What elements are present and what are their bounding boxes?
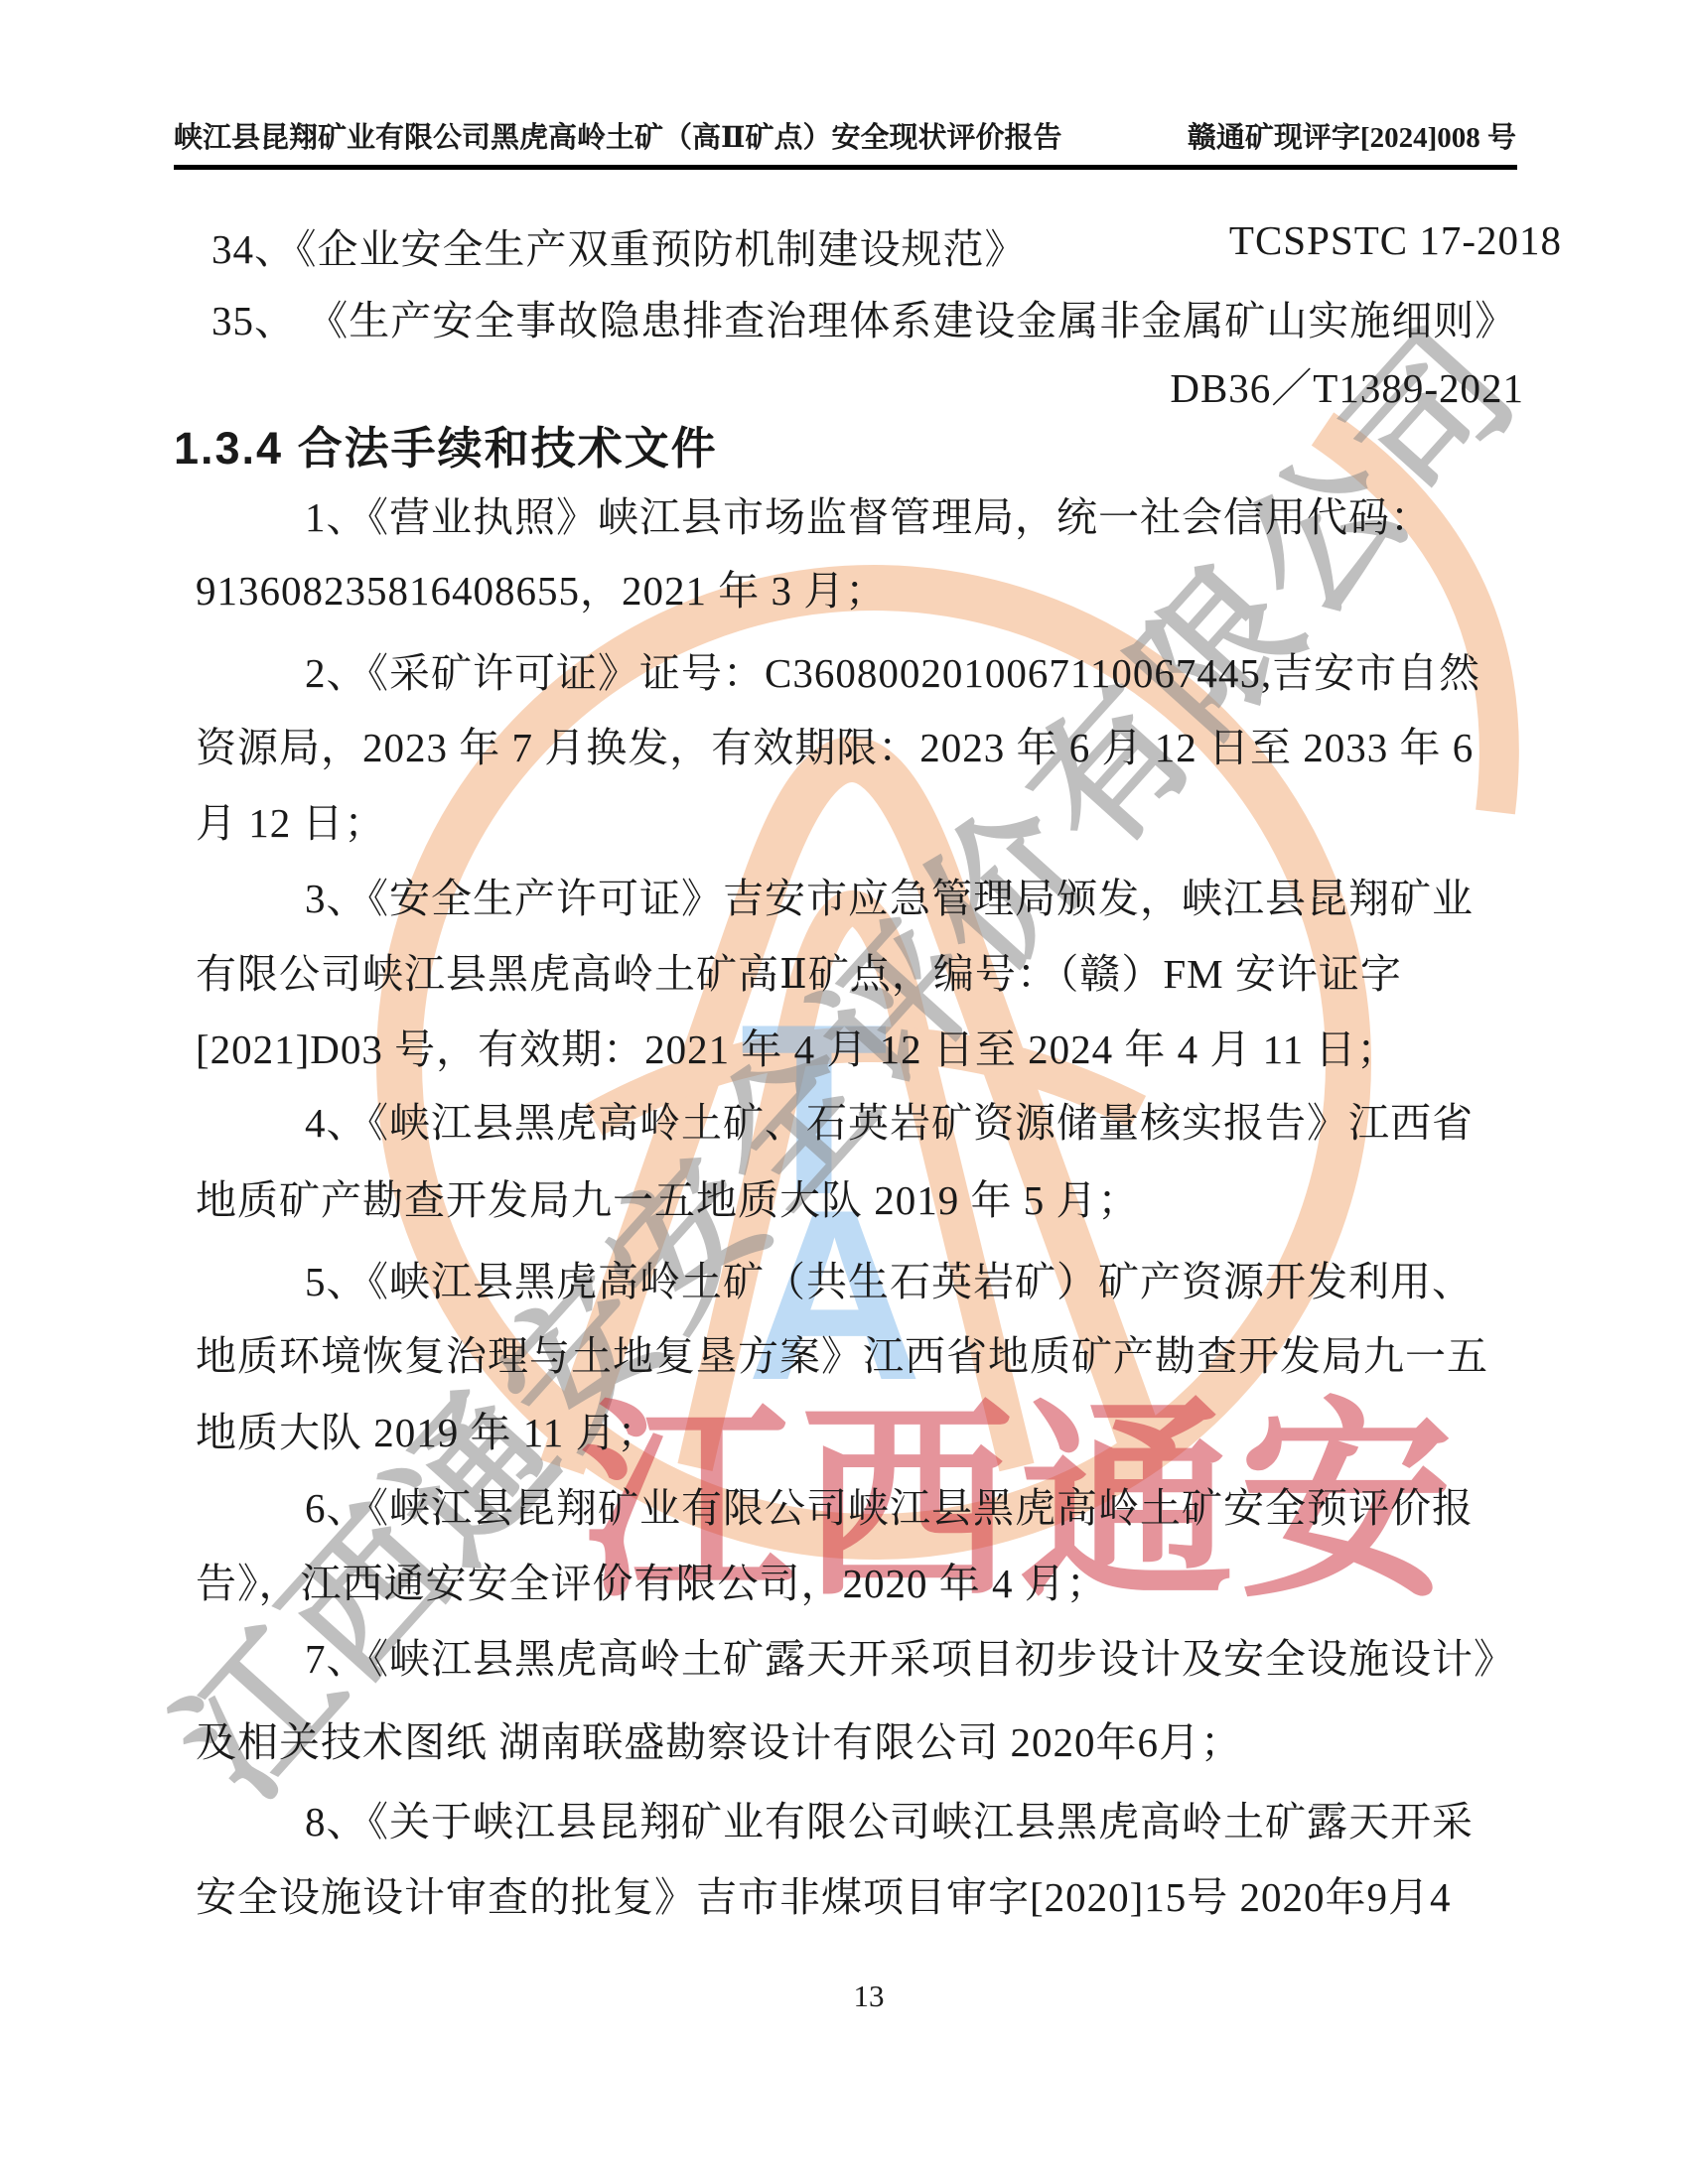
document-number: 赣通矿现评字[2024]008 号 bbox=[1188, 115, 1516, 156]
paragraph-line: 2、《采矿许可证》证号：C3608002010067110067445,吉安市自… bbox=[174, 640, 1655, 699]
standard-item-35-code: DB36／T1389-2021 bbox=[174, 355, 1564, 414]
page-header: 峡江县昆翔矿业有限公司黑虎高岭土矿（高Ⅱ矿点）安全现状评价报告 赣通矿现评字[2… bbox=[174, 115, 1516, 156]
paragraph-line: 告》，江西通安安全评价有限公司，2020 年 4 月； bbox=[174, 1551, 1546, 1609]
standard-item-label: 34、《企业安全生产双重预防机制建设规范》 bbox=[211, 216, 1027, 275]
paragraph-line: 4、《峡江县黑虎高岭土矿、石英岩矿资源储量核实报告》江西省 bbox=[174, 1090, 1655, 1149]
paragraph-line: 5、《峡江县黑虎高岭土矿（共生石英岩矿）矿产资源开发利用、 bbox=[174, 1249, 1655, 1307]
paragraph-line: 1、《营业执照》峡江县市场监督管理局，统一社会信用代码： bbox=[174, 484, 1655, 543]
paragraph-line: 月 12 日； bbox=[174, 790, 1546, 849]
standard-item-code: TCSPSTC 17-2018 bbox=[1229, 216, 1562, 275]
paragraph-line: 913608235816408655，2021 年 3 月； bbox=[174, 558, 1546, 616]
paragraph-line: 3、《安全生产许可证》吉安市应急管理局颁发，峡江县昆翔矿业 bbox=[174, 866, 1655, 924]
page-number: 13 bbox=[770, 1979, 968, 2014]
report-title: 峡江县昆翔矿业有限公司黑虎高岭土矿（高Ⅱ矿点）安全现状评价报告 bbox=[174, 115, 1061, 156]
paragraph-line: 安全设施设计审查的批复》吉市非煤项目审字[2020]15号 2020年9月4 bbox=[174, 1864, 1546, 1923]
paragraph-line: 地质矿产勘查开发局九一五地质大队 2019 年 5 月； bbox=[174, 1167, 1546, 1226]
paragraph-line: 地质环境恢复治理与土地复垦方案》江西省地质矿产勘查开发局九一五 bbox=[174, 1323, 1546, 1382]
section-heading: 1.3.4 合法手续和技术文件 bbox=[174, 412, 718, 477]
paragraph-line: [2021]D03 号，有效期：2021 年 4 月 12 日至 2024 年 … bbox=[174, 1017, 1546, 1075]
paragraph-line: 6、《峡江县昆翔矿业有限公司峡江县黑虎高岭土矿安全预评价报 bbox=[174, 1475, 1655, 1534]
paragraph-line: 资源局，2023 年 7 月换发，有效期限：2023 年 6 月 12 日至 2… bbox=[174, 715, 1546, 773]
paragraph-line: 地质大队 2019 年 11 月； bbox=[174, 1400, 1546, 1458]
report-page: { "page": { "number": "13" }, "header": … bbox=[0, 0, 1688, 2184]
paragraph-line: 8、《关于峡江县昆翔矿业有限公司峡江县黑虎高岭土矿露天开采 bbox=[174, 1789, 1655, 1847]
paragraph-line: 7、《峡江县黑虎高岭土矿露天开采项目初步设计及安全设施设计》 bbox=[174, 1626, 1655, 1685]
header-rule bbox=[174, 165, 1517, 170]
standard-item-34: 34、《企业安全生产双重预防机制建设规范》 TCSPSTC 17-2018 bbox=[174, 216, 1619, 275]
paragraph-line: 有限公司峡江县黑虎高岭土矿高Ⅱ矿点，编号：（赣）FM 安许证字 bbox=[174, 941, 1546, 1000]
paragraph-line: 及相关技术图纸 湖南联盛勘察设计有限公司 2020年6月； bbox=[174, 1709, 1546, 1768]
standard-item-35: 35、 《生产安全事故隐患排查治理体系建设金属非金属矿山实施细则》 bbox=[174, 288, 1562, 346]
